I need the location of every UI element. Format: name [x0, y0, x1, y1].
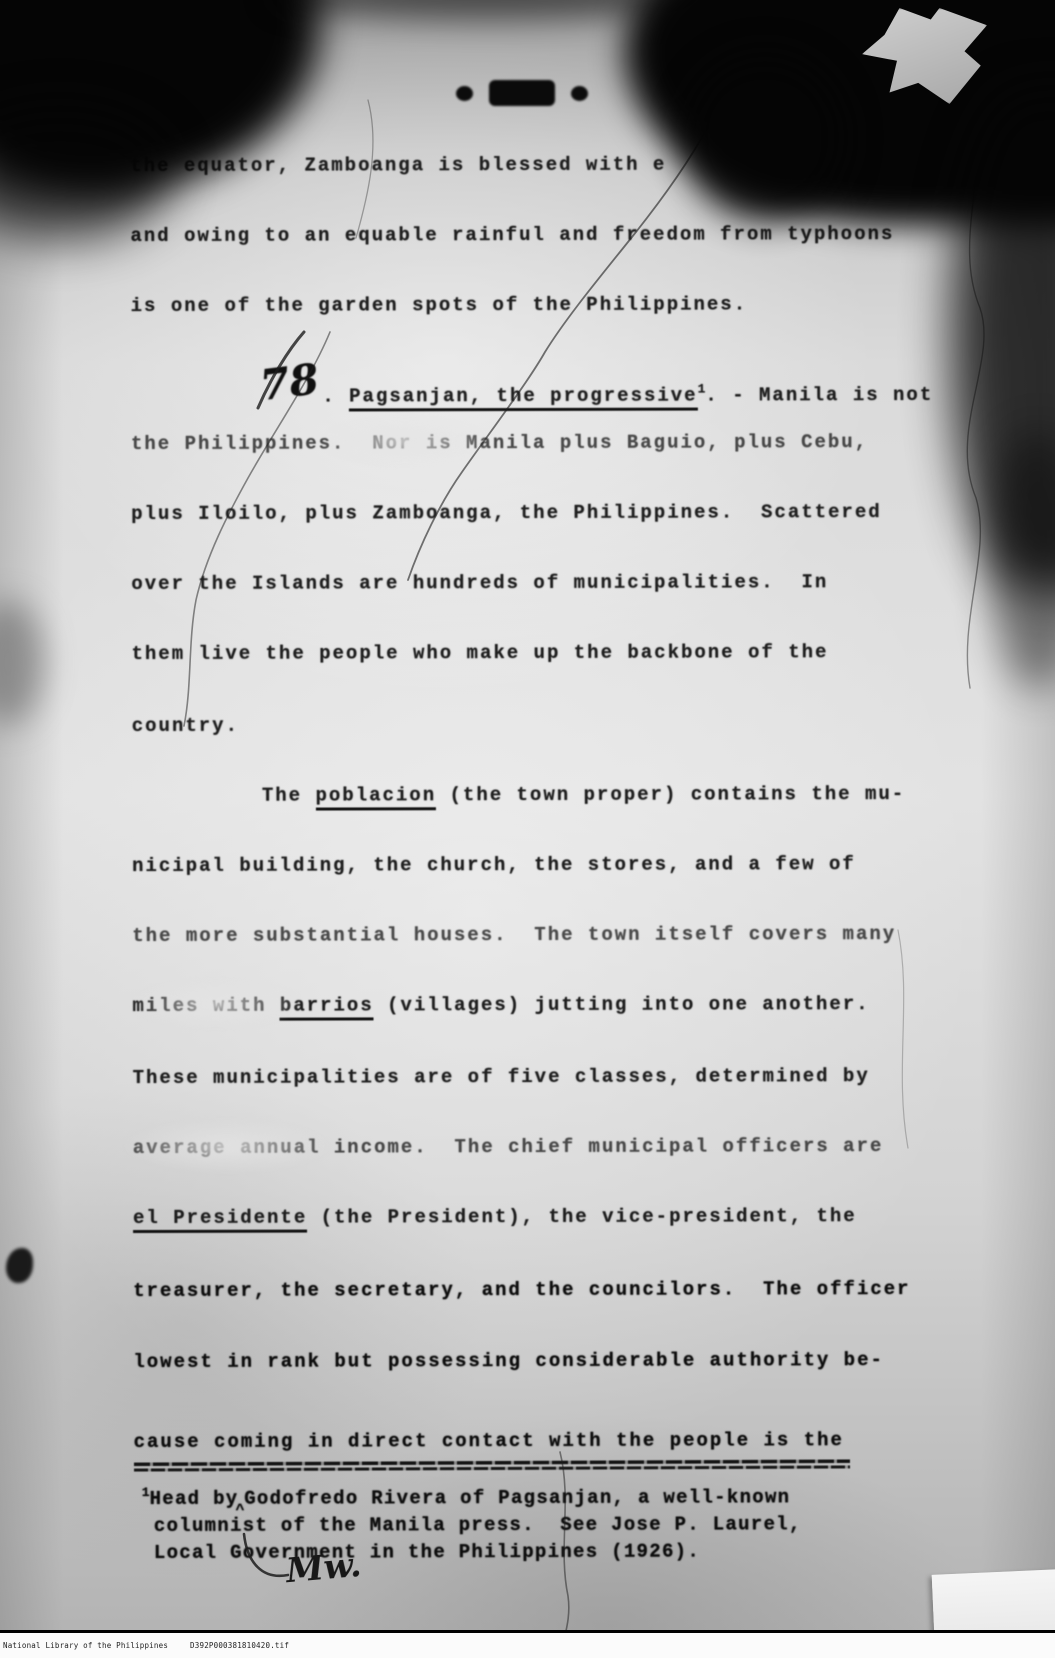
body-line-5: the Philippines. Nor is Manila plus Bagu…: [131, 429, 868, 457]
footnote-line-3: Local Government in the Philippines (192…: [154, 1540, 700, 1565]
footnote-line-1: 1Head by^ Godofredo Rivera of Pagsanjan,…: [142, 1485, 791, 1513]
body-line-1: the equator, Zamboanga is blessed with e: [130, 152, 666, 179]
scan-footer-bar: National Library of the Philippines D392…: [0, 1630, 1055, 1658]
body-line-12: the more substantial houses. The town it…: [132, 921, 896, 949]
body-line-9: country.: [132, 713, 239, 739]
paper-patch: [932, 1569, 1055, 1639]
body-line-16: el Presidente (the President), the vice-…: [133, 1203, 857, 1231]
handwritten-paragraph-number: 78: [257, 354, 321, 410]
body-line-19: cause coming in direct contact with the …: [134, 1427, 844, 1455]
body-line-8: them live the people who make up the bac…: [132, 639, 829, 667]
body-line-17: treasurer, the secretary, and the counci…: [133, 1276, 910, 1304]
body-line-14: These municipalities are of five classes…: [133, 1063, 870, 1091]
body-line-6: plus Iloilo, plus Zamboanga, the Philipp…: [131, 499, 882, 527]
footnote-line-2: columnist of the Manila press. See Jose …: [154, 1512, 802, 1538]
library-label: National Library of the Philippines: [3, 1641, 168, 1651]
scan-filename: D392P000381810420.tif: [190, 1641, 289, 1651]
body-line-3: is one of the garden spots of the Philip…: [131, 291, 748, 319]
body-line-2: and owing to an equable rainful and free…: [130, 221, 894, 249]
body-line-18: lowest in rank but possessing considerab…: [133, 1347, 884, 1375]
handwritten-initials: Mw.: [284, 1545, 363, 1591]
body-line-10: The poblacion (the town proper) contains…: [262, 781, 905, 809]
body-line-7: over the Islands are hundreds of municip…: [131, 569, 828, 597]
body-line-13: miles with barrios (villages) jutting in…: [132, 991, 869, 1019]
body-line-4: 78. Pagsanjan, the progressive1. - Manil…: [261, 361, 934, 412]
scanned-document-page: the equator, Zamboanga is blessed with e…: [0, 0, 1055, 1658]
typed-text-layer: the equator, Zamboanga is blessed with e…: [0, 0, 1055, 1658]
body-line-11: nicipal building, the church, the stores…: [132, 851, 856, 879]
body-line-15: average annual income. The chief municip…: [133, 1133, 884, 1161]
